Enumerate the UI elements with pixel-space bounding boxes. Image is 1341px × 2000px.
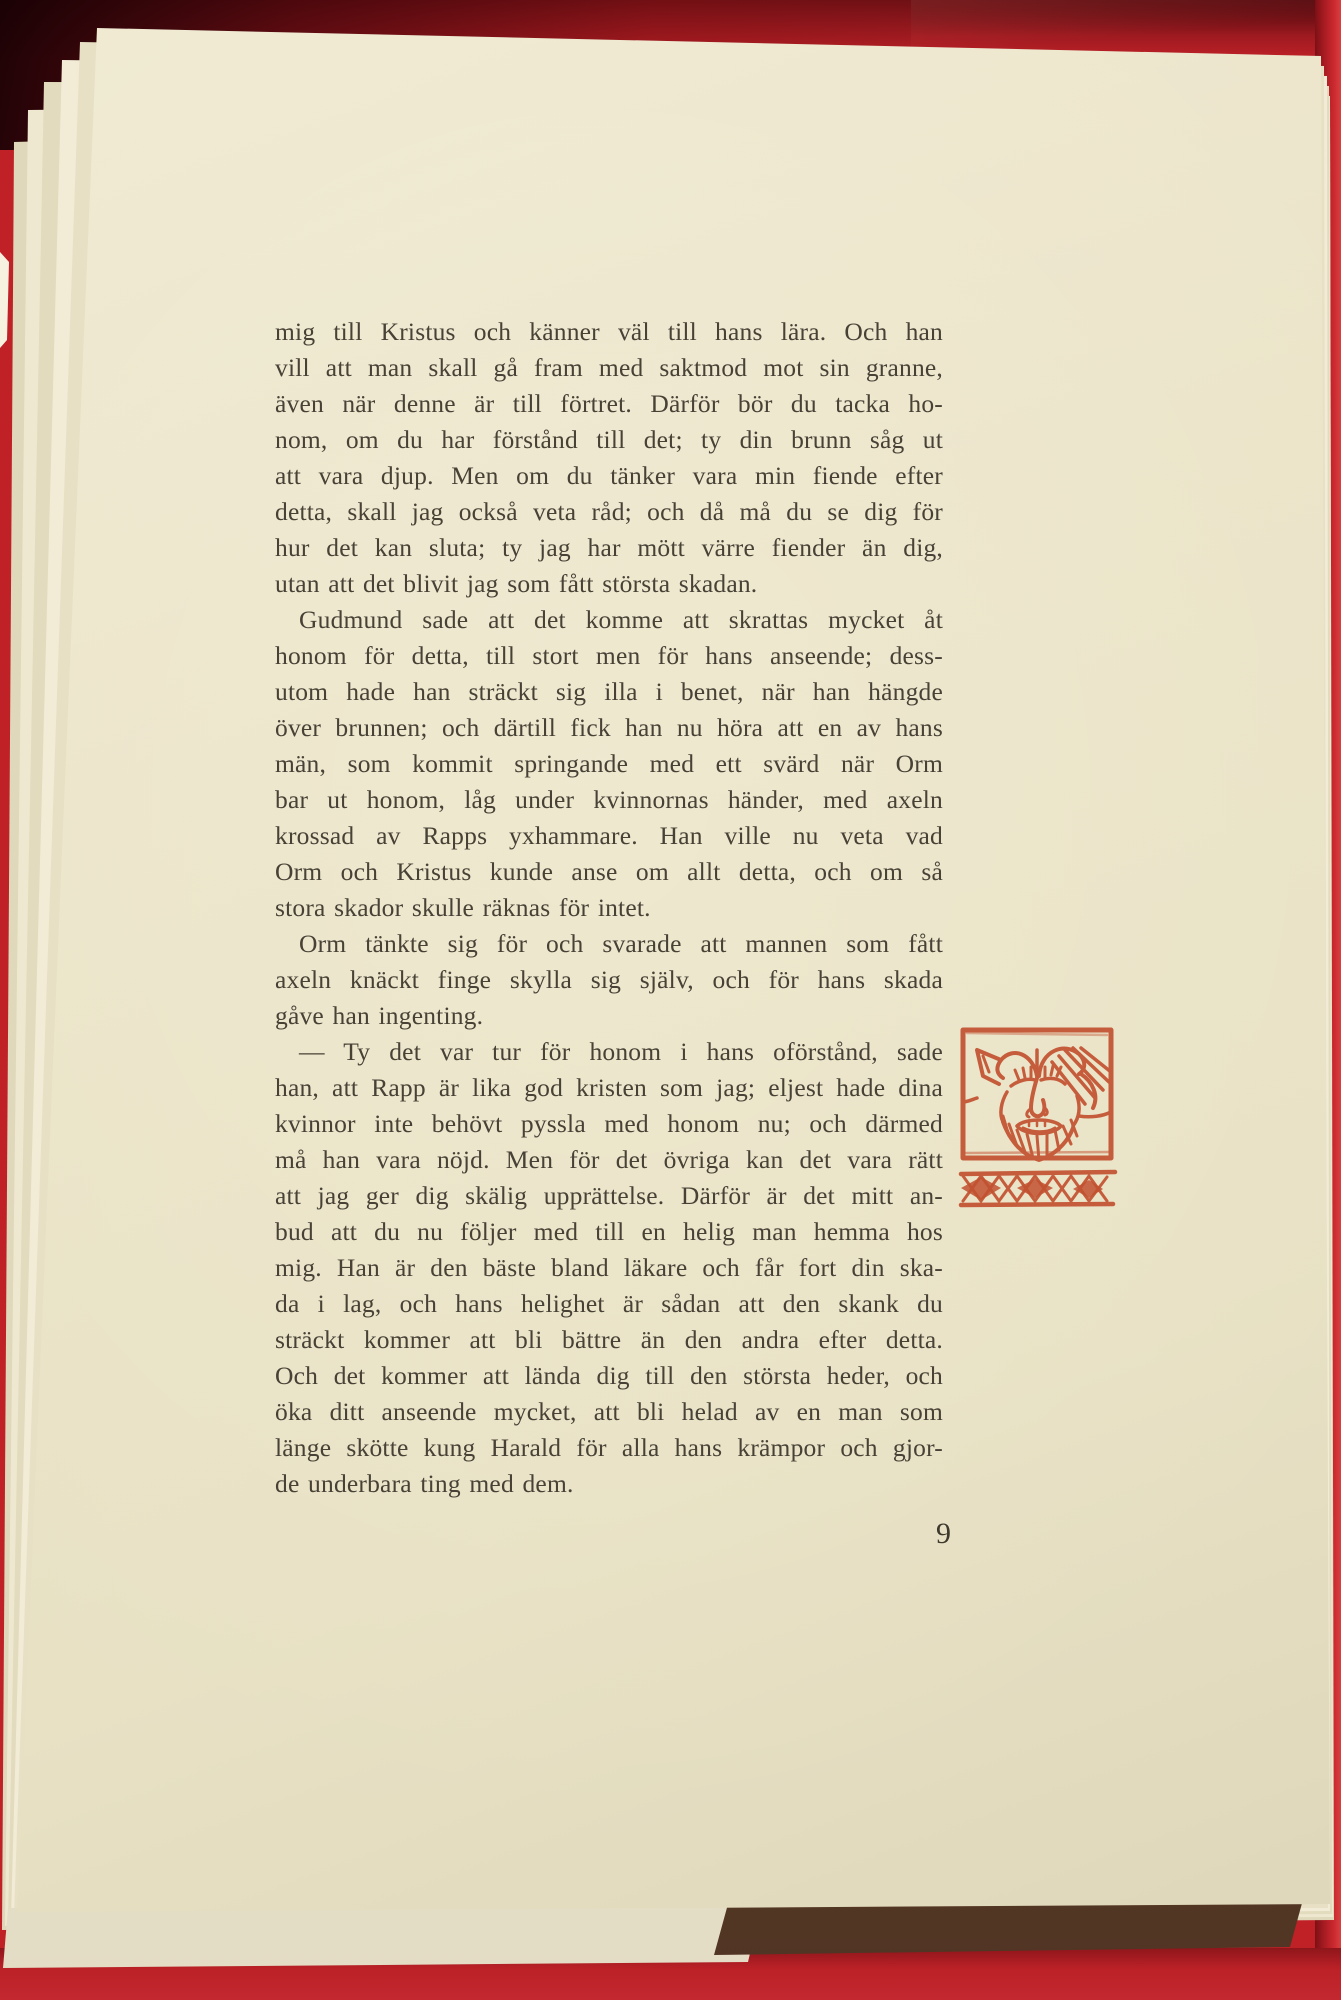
paragraph: Orm tänkte sig för och svarade att manne… (275, 926, 943, 1034)
text-line: Orm och Kristus kunde anse om allt detta… (275, 854, 943, 890)
text-line: länge skötte kung Harald för alla hans k… (275, 1430, 943, 1466)
text-line: Gudmund sade att det komme att skrattas … (275, 602, 943, 638)
text-block: mig till Kristus och känner väl till han… (275, 314, 943, 1502)
text-line: sträckt kommer att bli bättre än den and… (275, 1322, 943, 1358)
paragraph: — Ty det var tur för honom i hans oförst… (275, 1034, 943, 1502)
text-line: må han vara nöjd. Men för det övriga kan… (275, 1142, 943, 1178)
text-line: utom hade han sträckt sig illa i benet, … (275, 674, 943, 710)
face-stamp (963, 1030, 1111, 1160)
text-line: hur det kan sluta; ty jag har mött värre… (275, 530, 943, 566)
text-line: vill att man skall gå fram med saktmod m… (275, 350, 943, 386)
text-line: bar ut honom, låg under kvinnornas hände… (275, 782, 943, 818)
text-line: detta, skall jag också veta råd; och då … (275, 494, 943, 530)
text-line: att vara djup. Men om du tänker vara min… (275, 458, 943, 494)
text-line: över brunnen; och därtill fick han nu hö… (275, 710, 943, 746)
text-line: — Ty det var tur för honom i hans oförst… (275, 1034, 943, 1070)
text-line: de underbara ting med dem. (275, 1466, 943, 1502)
text-line: axeln knäckt finge skylla sig själv, och… (275, 962, 943, 998)
paragraph: Gudmund sade att det komme att skrattas … (275, 602, 943, 926)
text-line: att jag ger dig skälig upprättelse. Därf… (275, 1178, 943, 1214)
text-line: mig till Kristus och känner väl till han… (275, 314, 943, 350)
text-line: bud att du nu följer med till en helig m… (275, 1214, 943, 1250)
text-line: även när denne är till förtret. Därför b… (275, 386, 943, 422)
text-line: gåve han ingenting. (275, 998, 943, 1034)
text-line: män, som kommit springande med ett svärd… (275, 746, 943, 782)
text-line: stora skador skulle räknas för intet. (275, 890, 943, 926)
text-line: nom, om du har förstånd till det; ty din… (275, 422, 943, 458)
text-line: öka ditt anseende mycket, att bli helad … (275, 1394, 943, 1430)
paragraph: mig till Kristus och känner väl till han… (275, 314, 943, 602)
text-line: Och det kommer att lända dig till den st… (275, 1358, 943, 1394)
bearded-face-illustration (953, 1020, 1125, 1212)
text-line: Orm tänkte sig för och svarade att manne… (275, 926, 943, 962)
text-line: utan att det blivit jag som fått största… (275, 566, 943, 602)
page-number: 9 (275, 1516, 951, 1552)
text-line: kvinnor inte behövt pyssla med honom nu;… (275, 1106, 943, 1142)
photo-of-book-page: { "book_page": { "page_number": "9", "pa… (0, 0, 1341, 2000)
text-line: da i lag, och hans helighet är sådan att… (275, 1286, 943, 1322)
text-line: honom för detta, till stort men för hans… (275, 638, 943, 674)
text-line: mig. Han är den bäste bland läkare och f… (275, 1250, 943, 1286)
text-line: han, att Rapp är lika god kristen som ja… (275, 1070, 943, 1106)
book-page: mig till Kristus och känner väl till han… (0, 0, 1341, 2000)
text-line: krossad av Rapps yxhammare. Han ville nu… (275, 818, 943, 854)
